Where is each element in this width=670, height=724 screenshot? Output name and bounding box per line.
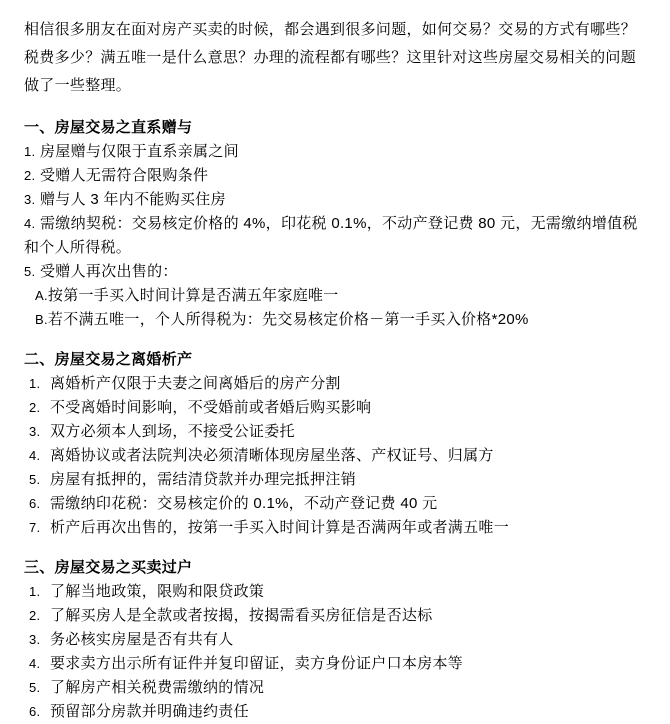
section-title: 三、房屋交易之买卖过户 (24, 556, 646, 580)
item-marker: 5. (29, 676, 50, 700)
section-block: 一、房屋交易之直系赠与1.房屋赠与仅限于直系亲属之间2.受赠人无需符合限购条件3… (24, 116, 646, 332)
item-marker: 4. (24, 212, 40, 236)
list-item: 5.房屋有抵押的，需结清贷款并办理完抵押注销 (29, 468, 646, 492)
document-page: 相信很多朋友在面对房产买卖的时候，都会遇到很多问题，如何交易？交易的方式有哪些？… (0, 0, 670, 724)
list-item: 6.需缴纳印花税：交易核定价的 0.1%，不动产登记费 40 元 (29, 492, 646, 516)
item-marker: 1. (29, 580, 50, 604)
item-text: 房屋赠与仅限于直系亲属之间 (40, 143, 239, 160)
item-text: 若不满五唯一，个人所得税为：先交易核定价格－第一手买入价格*20% (48, 311, 529, 328)
item-marker: 1. (24, 140, 40, 164)
item-text: 了解房产相关税费需缴纳的情况 (50, 679, 264, 696)
item-text: 需缴纳契税：交易核定价格的 4%，印花税 0.1%，不动产登记费 80 元，无需… (40, 215, 638, 232)
item-text: 按第一手买入时间计算是否满五年家庭唯一 (48, 287, 339, 304)
item-marker: 6. (29, 492, 50, 516)
item-marker: B. (35, 312, 48, 327)
item-marker: 7. (29, 516, 50, 540)
item-text: 析产后再次出售的，按第一手买入时间计算是否满两年或者满五唯一 (50, 519, 509, 536)
list-item: 3.双方必须本人到场，不接受公证委托 (29, 420, 646, 444)
item-text: 离婚协议或者法院判决必须清晰体现房屋坐落、产权证号、归属方 (50, 447, 494, 464)
item-text: 受赠人再次出售的： (40, 263, 178, 280)
list-item: 6.预留部分房款并明确违约责任 (29, 700, 646, 724)
list-item: 4.需缴纳契税：交易核定价格的 4%，印花税 0.1%，不动产登记费 80 元，… (24, 212, 646, 260)
item-marker: 3. (29, 628, 50, 652)
intro-paragraph: 相信很多朋友在面对房产买卖的时候，都会遇到很多问题，如何交易？交易的方式有哪些？… (24, 16, 646, 100)
list-item: 7.析产后再次出售的，按第一手买入时间计算是否满两年或者满五唯一 (29, 516, 646, 540)
item-text: 赠与人 3 年内不能购买住房 (40, 191, 226, 208)
item-text: 需缴纳印花税：交易核定价的 0.1%，不动产登记费 40 元 (50, 495, 437, 512)
item-text: 务必核实房屋是否有共有人 (50, 631, 234, 648)
list-item: 5.受赠人再次出售的： (24, 260, 646, 284)
item-text: 双方必须本人到场，不接受公证委托 (50, 423, 295, 440)
item-marker: 1. (29, 372, 50, 396)
list-item: 2.受赠人无需符合限购条件 (24, 164, 646, 188)
item-text: 离婚析产仅限于夫妻之间离婚后的房产分割 (50, 375, 341, 392)
sections: 一、房屋交易之直系赠与1.房屋赠与仅限于直系亲属之间2.受赠人无需符合限购条件3… (24, 116, 646, 724)
item-marker: 3. (29, 420, 50, 444)
item-text: 了解当地政策，限购和限贷政策 (50, 583, 264, 600)
item-marker: 6. (29, 700, 50, 724)
item-marker: 2. (29, 604, 50, 628)
list-item: 5.了解房产相关税费需缴纳的情况 (29, 676, 646, 700)
section-block: 三、房屋交易之买卖过户1.了解当地政策，限购和限贷政策2.了解买房人是全款或者按… (24, 556, 646, 724)
list-item: A.按第一手买入时间计算是否满五年家庭唯一 (35, 284, 646, 308)
section-title: 一、房屋交易之直系赠与 (24, 116, 646, 140)
item-marker: 4. (29, 652, 50, 676)
item-marker: 2. (29, 396, 50, 420)
item-text: 房屋有抵押的，需结清贷款并办理完抵押注销 (50, 471, 356, 488)
item-marker: A. (35, 288, 48, 303)
list-item: 1.离婚析产仅限于夫妻之间离婚后的房产分割 (29, 372, 646, 396)
item-marker: 4. (29, 444, 50, 468)
list-item: 2.了解买房人是全款或者按揭，按揭需看买房征信是否达标 (29, 604, 646, 628)
list-item: 4.离婚协议或者法院判决必须清晰体现房屋坐落、产权证号、归属方 (29, 444, 646, 468)
item-text: 要求卖方出示所有证件并复印留证，卖方身份证户口本房本等 (50, 655, 463, 672)
section-block: 二、房屋交易之离婚析产1.离婚析产仅限于夫妻之间离婚后的房产分割2.不受离婚时间… (24, 348, 646, 540)
list-item: 1.了解当地政策，限购和限贷政策 (29, 580, 646, 604)
list-item: B.若不满五唯一，个人所得税为：先交易核定价格－第一手买入价格*20% (35, 308, 646, 332)
item-marker: 5. (24, 260, 40, 284)
list-item: 2.不受离婚时间影响，不受婚前或者婚后购买影响 (29, 396, 646, 420)
list-item: 1.房屋赠与仅限于直系亲属之间 (24, 140, 646, 164)
item-marker: 5. (29, 468, 50, 492)
list-item: 3.务必核实房屋是否有共有人 (29, 628, 646, 652)
item-text: 受赠人无需符合限购条件 (40, 167, 208, 184)
item-text: 不受离婚时间影响，不受婚前或者婚后购买影响 (50, 399, 371, 416)
item-text-wrap: 和个人所得税。 (24, 239, 131, 256)
item-text: 了解买房人是全款或者按揭，按揭需看买房征信是否达标 (50, 607, 433, 624)
item-marker: 3. (24, 188, 40, 212)
list-item: 3.赠与人 3 年内不能购买住房 (24, 188, 646, 212)
section-title: 二、房屋交易之离婚析产 (24, 348, 646, 372)
item-text: 预留部分房款并明确违约责任 (50, 703, 249, 720)
item-marker: 2. (24, 164, 40, 188)
list-item: 4.要求卖方出示所有证件并复印留证，卖方身份证户口本房本等 (29, 652, 646, 676)
